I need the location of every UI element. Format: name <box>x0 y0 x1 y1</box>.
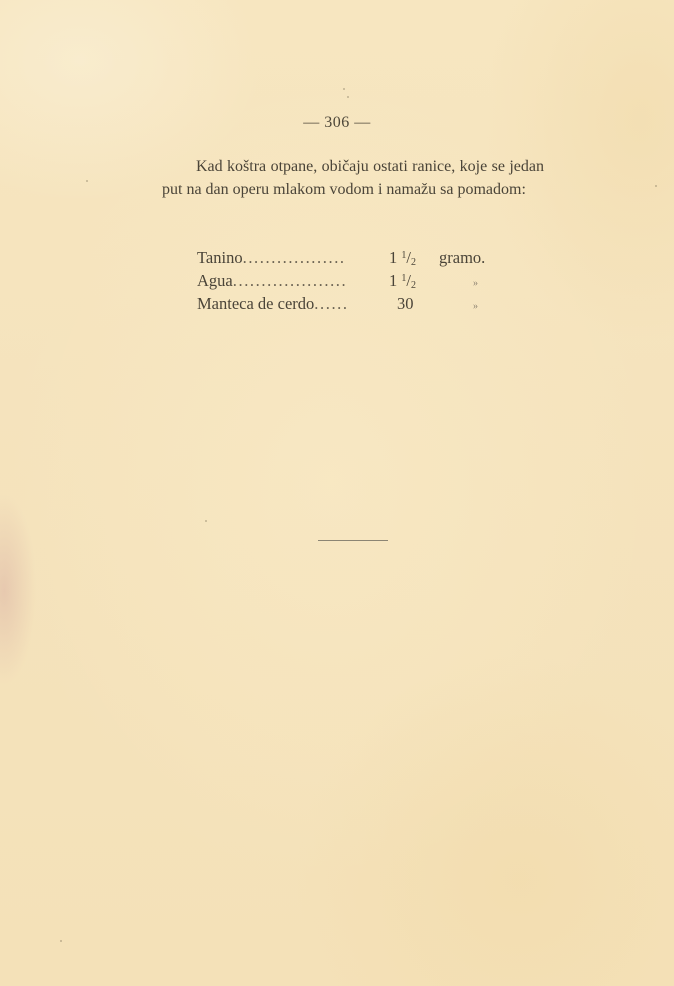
recipe-row: Agua.................... 1 1/2 » <box>197 271 537 294</box>
paper-speck <box>347 96 349 98</box>
paper-speck <box>60 940 62 942</box>
recipe-row: Manteca de cerdo...... 30 » <box>197 294 537 317</box>
paper-speck <box>86 180 88 182</box>
ingredient-amount: 1 1/2 <box>389 248 439 268</box>
ingredient-name: Tanino.................. <box>197 248 389 268</box>
leader-dots: .................... <box>233 271 348 290</box>
book-page: — 306 — Kad koštra otpane, običaju ostat… <box>0 0 674 986</box>
section-divider <box>318 540 388 541</box>
paper-speck <box>343 88 345 90</box>
body-paragraph: Kad koštra otpane, običaju ostati ranice… <box>162 155 544 201</box>
recipe-row: Tanino.................. 1 1/2 gramo. <box>197 248 537 271</box>
ingredient-name: Manteca de cerdo...... <box>197 294 397 314</box>
paper-speck <box>655 185 657 187</box>
ditto-mark: » <box>439 301 478 312</box>
ingredient-unit: gramo. <box>439 248 485 268</box>
ingredient-amount: 30 <box>397 294 439 314</box>
recipe-list: Tanino.................. 1 1/2 gramo. Ag… <box>197 248 537 317</box>
leader-dots: .................. <box>243 248 346 267</box>
paper-speck <box>205 520 207 522</box>
leader-dots: ...... <box>314 294 348 313</box>
ditto-mark: » <box>439 278 478 289</box>
ingredient-amount: 1 1/2 <box>389 271 439 291</box>
page-number: — 306 — <box>0 114 674 132</box>
ingredient-name: Agua.................... <box>197 271 389 291</box>
